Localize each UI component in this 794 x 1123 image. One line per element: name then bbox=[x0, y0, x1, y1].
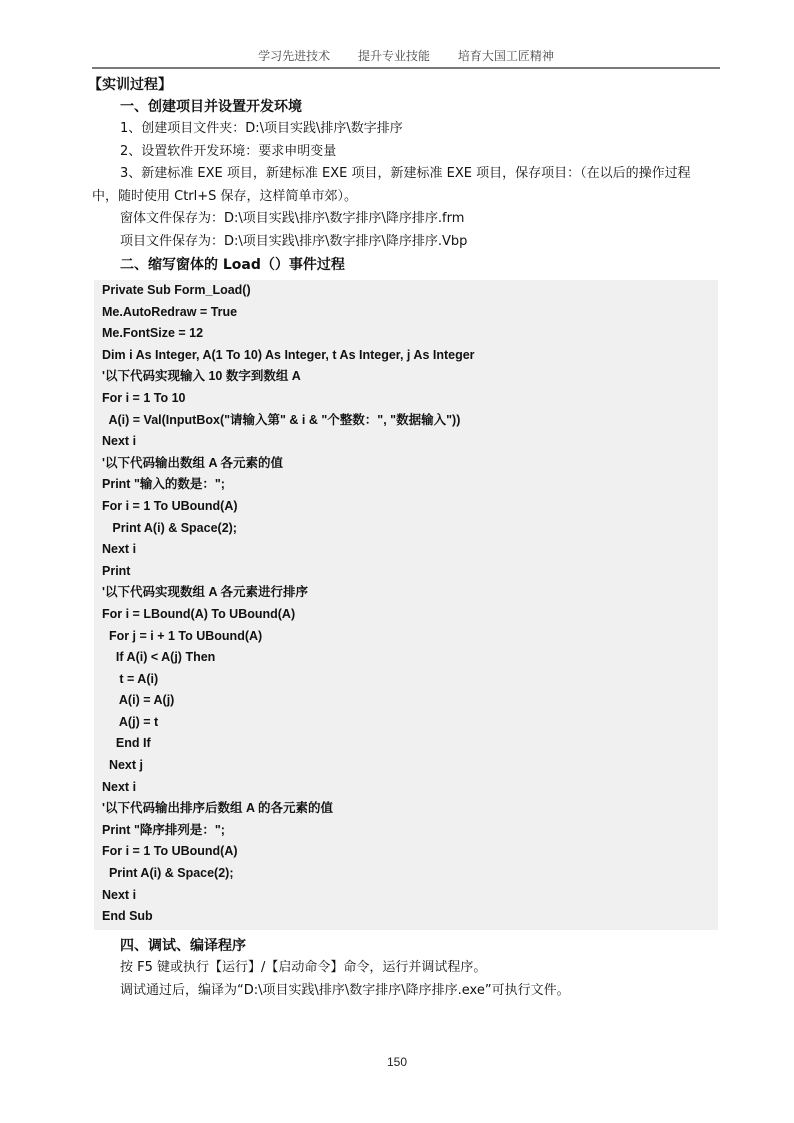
code-line: Me.FontSize = 12 bbox=[94, 323, 718, 345]
code-line: Me.AutoRedraw = True bbox=[94, 302, 718, 324]
header-slogan-2: 提升专业技能 bbox=[358, 49, 430, 63]
code-line: Print A(i) & Space(2); bbox=[94, 863, 718, 885]
code-comment: '以下代码输出数组 A 各元素的值 bbox=[94, 453, 718, 475]
code-comment: '以下代码输出排序后数组 A 的各元素的值 bbox=[94, 798, 718, 820]
section-heading: 【实训过程】 bbox=[88, 74, 720, 96]
code-line: A(i) = Val(InputBox("请输入第" & i & "个整数：",… bbox=[94, 410, 718, 432]
code-line: For i = 1 To UBound(A) bbox=[94, 841, 718, 863]
document-body: 【实训过程】 一、创建项目并设置开发环境 1、创建项目文件夹：D:\项目实践\排… bbox=[92, 74, 720, 276]
header-slogan-3: 培育大国工匠精神 bbox=[458, 49, 554, 63]
code-line: A(j) = t bbox=[94, 712, 718, 734]
step2-title: 二、缩写窗体的 Load（）事件过程 bbox=[92, 254, 720, 276]
code-block: Private Sub Form_Load() Me.AutoRedraw = … bbox=[94, 280, 718, 930]
code-line: Private Sub Form_Load() bbox=[94, 280, 718, 302]
code-line: For i = LBound(A) To UBound(A) bbox=[94, 604, 718, 626]
code-comment: '以下代码实现输入 10 数字到数组 A bbox=[94, 366, 718, 388]
code-line: Print A(i) & Space(2); bbox=[94, 518, 718, 540]
code-line: Print bbox=[94, 561, 718, 583]
code-line: For i = 1 To 10 bbox=[94, 388, 718, 410]
code-line: Next i bbox=[94, 777, 718, 799]
code-line: End Sub bbox=[94, 906, 718, 928]
step4-line1: 按 F5 键或执行【运行】/【启动命令】命令，运行并调试程序。 bbox=[92, 957, 720, 980]
page-header: 学习先进技术 提升专业技能 培育大国工匠精神 bbox=[92, 48, 720, 69]
step4-title: 四、调试、编译程序 bbox=[92, 935, 720, 957]
code-comment: '以下代码实现数组 A 各元素进行排序 bbox=[94, 582, 718, 604]
step1-item2: 2、设置软件开发环境：要求申明变量 bbox=[92, 141, 720, 164]
code-line: A(i) = A(j) bbox=[94, 690, 718, 712]
step1-item3-line2: 中，随时使用 Ctrl+S 保存，这样简单市郊）。 bbox=[92, 186, 720, 209]
code-line: If A(i) < A(j) Then bbox=[94, 647, 718, 669]
header-slogan-1: 学习先进技术 bbox=[258, 49, 330, 63]
page-number: 150 bbox=[0, 1055, 794, 1069]
step4-section: 四、调试、编译程序 按 F5 键或执行【运行】/【启动命令】命令，运行并调试程序… bbox=[92, 935, 720, 1002]
code-line: t = A(i) bbox=[94, 669, 718, 691]
code-line: Next i bbox=[94, 539, 718, 561]
step1-title: 一、创建项目并设置开发环境 bbox=[92, 96, 720, 118]
form-file-path: 窗体文件保存为：D:\项目实践\排序\数字排序\降序排序.frm bbox=[92, 208, 720, 231]
code-line: End If bbox=[94, 733, 718, 755]
code-line: Dim i As Integer, A(1 To 10) As Integer,… bbox=[94, 345, 718, 367]
code-line: For j = i + 1 To UBound(A) bbox=[94, 626, 718, 648]
code-line: Print "输入的数是："; bbox=[94, 474, 718, 496]
code-line: Next j bbox=[94, 755, 718, 777]
project-file-path: 项目文件保存为：D:\项目实践\排序\数字排序\降序排序.Vbp bbox=[92, 231, 720, 254]
code-line: Next i bbox=[94, 431, 718, 453]
code-line: Next i bbox=[94, 885, 718, 907]
code-line: For i = 1 To UBound(A) bbox=[94, 496, 718, 518]
step1-item1: 1、创建项目文件夹：D:\项目实践\排序\数字排序 bbox=[92, 118, 720, 141]
code-line: Print "降序排列是："; bbox=[94, 820, 718, 842]
step1-item3-line1: 3、新建标准 EXE 项目，新建标准 EXE 项目，新建标准 EXE 项目，保存… bbox=[92, 163, 720, 186]
step4-line2: 调试通过后，编译为“D:\项目实践\排序\数字排序\降序排序.exe”可执行文件… bbox=[92, 980, 720, 1003]
